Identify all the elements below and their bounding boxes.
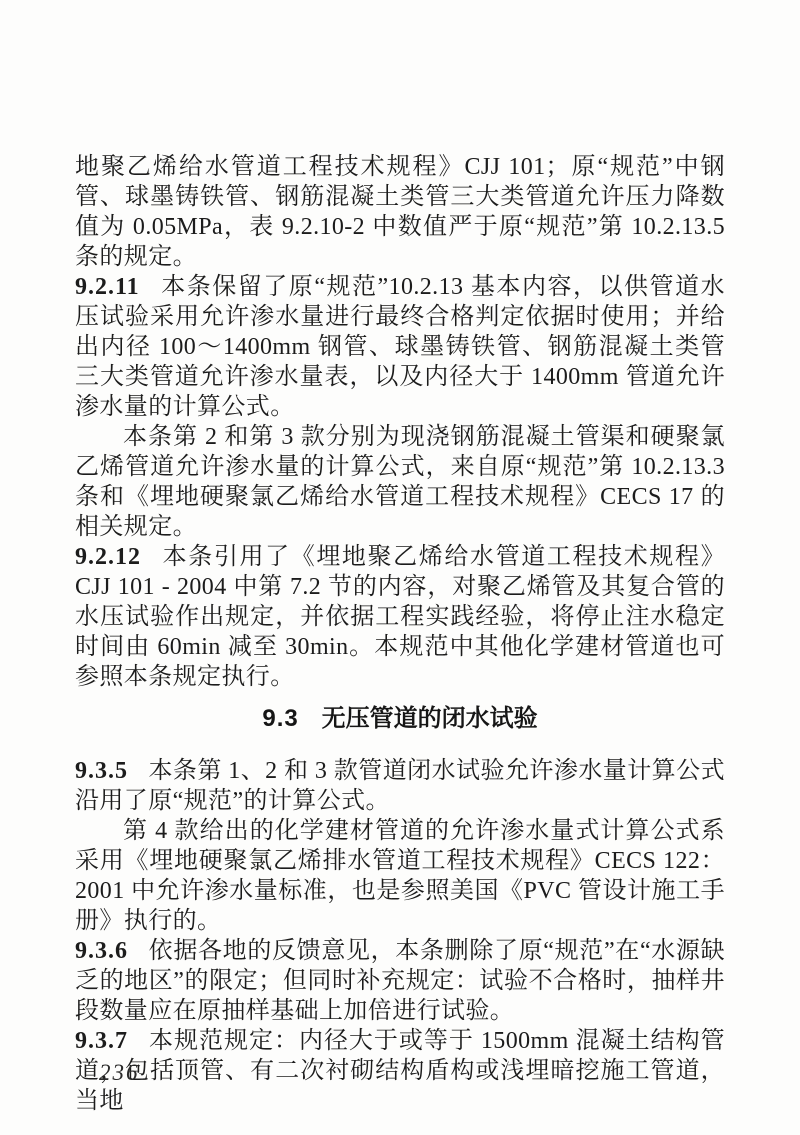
clause-number: 9.2.11 [75, 274, 160, 300]
section-heading: 9.3无压管道的闭水试验 [75, 704, 725, 734]
clause-number: 9.3.5 [75, 758, 148, 784]
section-number: 9.3 [262, 705, 298, 732]
clause-paragraph: 9.3.6依据各地的反馈意见，本条删除了原“规范”在“水源缺乏的地区”的限定；但… [75, 936, 725, 1026]
clause-number: 9.3.7 [75, 1028, 148, 1054]
body-paragraph: 第 4 款给出的化学建材管道的允许渗水量式计算公式系采用《埋地硬聚氯乙烯排水管道… [75, 816, 725, 936]
clause-paragraph: 9.3.7本规范规定：内径大于或等于 1500mm 混凝土结构管道，包括顶管、有… [75, 1026, 725, 1116]
clause-number: 9.2.12 [75, 544, 161, 570]
clause-paragraph: 9.2.11本条保留了原“规范”10.2.13 基本内容，以供管道水压试验采用允… [75, 272, 725, 422]
clause-number: 9.3.6 [75, 938, 148, 964]
clause-paragraph: 9.2.12本条引用了《埋地聚乙烯给水管道工程技术规程》CJJ 101 - 20… [75, 542, 725, 692]
section-title: 无压管道的闭水试验 [322, 705, 538, 732]
text-block: 地聚乙烯给水管道工程技术规程》CJJ 101；原“规范”中钢管、球墨铸铁管、钢筋… [75, 152, 725, 1116]
clause-paragraph: 9.3.5本条第 1、2 和 3 款管道闭水试验允许渗水量计算公式沿用了原“规范… [75, 756, 725, 816]
body-paragraph: 地聚乙烯给水管道工程技术规程》CJJ 101；原“规范”中钢管、球墨铸铁管、钢筋… [75, 152, 725, 272]
scanned-document-page: 地聚乙烯给水管道工程技术规程》CJJ 101；原“规范”中钢管、球墨铸铁管、钢筋… [0, 0, 800, 1135]
body-paragraph: 本条第 2 和第 3 款分别为现浇钢筋混凝土管渠和硬聚氯乙烯管道允许渗水量的计算… [75, 422, 725, 542]
page-number: 236 [99, 1058, 140, 1088]
